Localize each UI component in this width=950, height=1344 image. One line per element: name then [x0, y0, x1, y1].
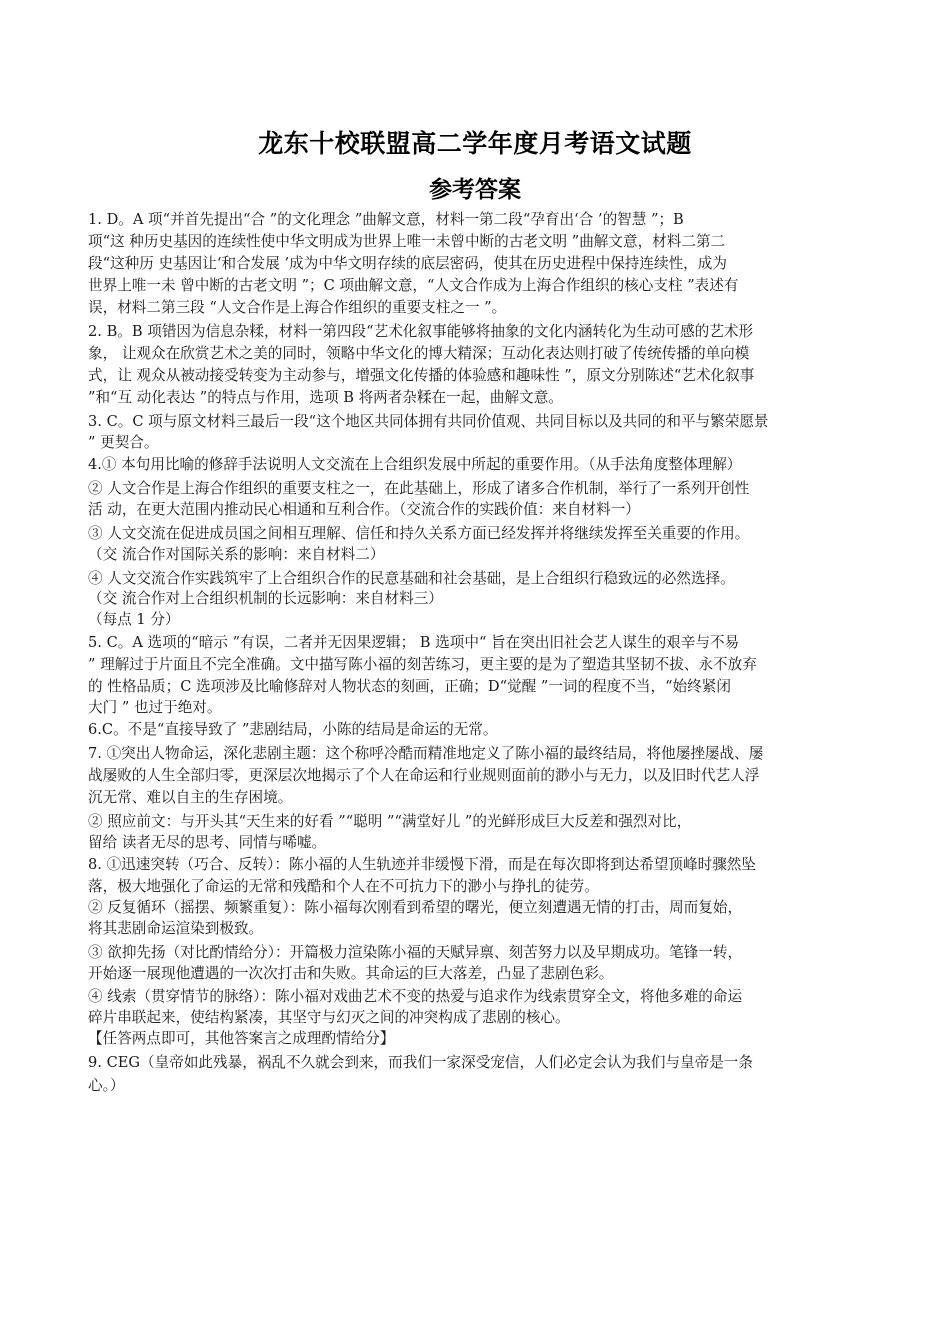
answer-text-line: ④ 线索（贯穿情节的脉络）：陈小福对戏曲艺术不变的热爱与追求作为线索贯穿全文，将…: [88, 988, 742, 1006]
answer-text-line: 沉无常、难以自主的生存困境。: [88, 789, 292, 807]
answer-text-line: （交 流合作对国际关系的影响：来自材料二）: [88, 546, 385, 564]
answer-text-line: 1. D。A 项“并首先提出“合 ”的文化理念 ”曲解文意，材料一第二段“孕育出…: [88, 211, 684, 229]
answer-text-line: 式，让 观众从被动接受转变为主动参与，增强文化传播的体验感和趣味性 ”，原文分别…: [88, 367, 754, 385]
answer-text-line: 心。）: [88, 1077, 124, 1095]
answer-text-line: （交 流合作对上合组织机制的长远影响：来自材料三）: [88, 590, 443, 608]
answer-text-line: 落，极大地强化了命运的无常和残酷和个人在不可抗力下的渺小与挣扎的徒劳。: [88, 878, 599, 896]
page-title: 龙东十校联盟高二学年度月考语文试题: [0, 124, 950, 160]
answer-text-line: ④ 人文交流合作实践筑牢了上合组织合作的民意基础和社会基础，是上合组织行稳致远的…: [88, 570, 735, 588]
answer-note: 【任答两点即可，其他答案言之成理酌情给分】: [88, 1030, 394, 1048]
answer-text-line: 碎片串联起来，使结构紧凑，其坚守与幻灭之间的冲突构成了悲剧的核心。: [88, 1009, 570, 1027]
answer-text-line: 大门 ” 也过于绝对。: [88, 699, 222, 717]
answer-text-line: 战屡败的人生全部归零，更深层次地揭示了个人在命运和行业规则面前的渺小与无力，以及…: [88, 767, 759, 785]
answer-text-line: ② 照应前文：与开头其“天生来的好看 ”“聪明 ”“满堂好儿 ”的光鲜形成巨大反…: [88, 813, 691, 831]
answer-text-line: 7. ①突出人物命运，深化悲剧主题：这个称呼冷酷而精准地定义了陈小福的最终结局，…: [88, 745, 763, 763]
answer-text-line: 2. B。B 项错因为信息杂糅，材料一第四段“艺术化叙事能够将抽象的文化内涵转化…: [88, 323, 753, 341]
answer-text-line: 留给 读者无尽的思考、同情与唏嘘。: [88, 834, 326, 852]
answer-text-line: 8. ①迅速突转（巧合、反转）：陈小福的人生轨迹并非缓慢下滑，而是在每次即将到达…: [88, 856, 756, 874]
answer-text-line: 3. C。C 项与原文材料三最后一段“这个地区共同体拥有共同价值观、共同目标以及…: [88, 413, 769, 431]
answer-text-line: 活 动，在更大范围内推动民心相通和互利合作。（交流合作的实践价值：来自材料一）: [88, 501, 640, 519]
answer-text-line: 5. C。A 选项的“暗示 ”有误，二者并无因果逻辑； B 选项中“ 旨在突出旧…: [88, 634, 739, 652]
answer-text-line: ” 更契合。: [88, 434, 158, 452]
answer-text-line: 9. CEG（皇帝如此残暴，祸乱不久就会到来，而我们一家深受宠信，人们必定会认为…: [88, 1054, 753, 1072]
answer-text-line: ③ 欲抑先扬（对比酌情给分）：开篇极力渲染陈小福的天赋异禀、刻苦努力以及早期成功…: [88, 944, 742, 962]
answer-text-line: 误，材料二第三段 “人文合作是上海合作组织的重要支柱之一 ”。: [88, 299, 506, 317]
answer-text-line: ”和“互 动化表达 ”的特点与作用，选项 B 将两者杂糅在一起，曲解文意。: [88, 389, 563, 407]
answer-text-line: ” 理解过于片面且不完全准确。文中描写陈小福的刻苦练习，更主要的是为了塑造其坚韧…: [88, 656, 757, 674]
answer-text-line: 的 性格品质；C 选项涉及比喻修辞对人物状态的刻画，正确；D“觉醒 ”一词的程度…: [88, 678, 731, 696]
answer-text-line: ③ 人文交流在促进成员国之间相互理解、信任和持久关系方面已经发挥并将继续发挥至关…: [88, 525, 749, 543]
page-subtitle: 参考答案: [0, 171, 950, 204]
answer-text-line: 6.C。不是“直接导致了 ”悲剧结局，小陈的结局是命运的无常。: [88, 721, 498, 739]
answer-text-line: 将其悲剧命运渲染到极致。: [88, 920, 263, 938]
answer-text-line: 段“这种历 史基因让‘和合发展 ’成为中华文明存续的底层密码，使其在历史进程中保…: [88, 255, 727, 273]
answer-text-line: 项“这 种历史基因的连续性使中华文明成为世界上唯一未曾中断的古老文明 ”曲解文意…: [88, 233, 725, 251]
answer-text-line: 开始逐一展现他遭遇的一次次打击和失败。其命运的巨大落差，凸显了悲剧色彩。: [88, 965, 613, 983]
answer-text-line: 4.① 本句用比喻的修辞手法说明人文交流在上合组织发展中所起的重要作用。（从手法…: [88, 456, 741, 474]
answer-text-line: ② 人文合作是上海合作组织的重要支柱之一，在此基础上，形成了诸多合作机制，举行了…: [88, 480, 749, 498]
answer-text-line: （每点 1 分）: [88, 611, 180, 629]
answer-text-line: 象， 让观众在欣赏艺术之美的同时，领略中华文化的博大精深；互动化表达则打破了传统…: [88, 345, 749, 363]
answer-text-line: ② 反复循环（摇摆、频繁重复）：陈小福每次刚看到希望的曙光，便立刻遭遇无情的打击…: [88, 899, 742, 917]
answer-text-line: 世界上唯一未 曾中断的古老文明 ”；C 项曲解文意，“人文合作成为上海合作组织的…: [88, 277, 738, 295]
